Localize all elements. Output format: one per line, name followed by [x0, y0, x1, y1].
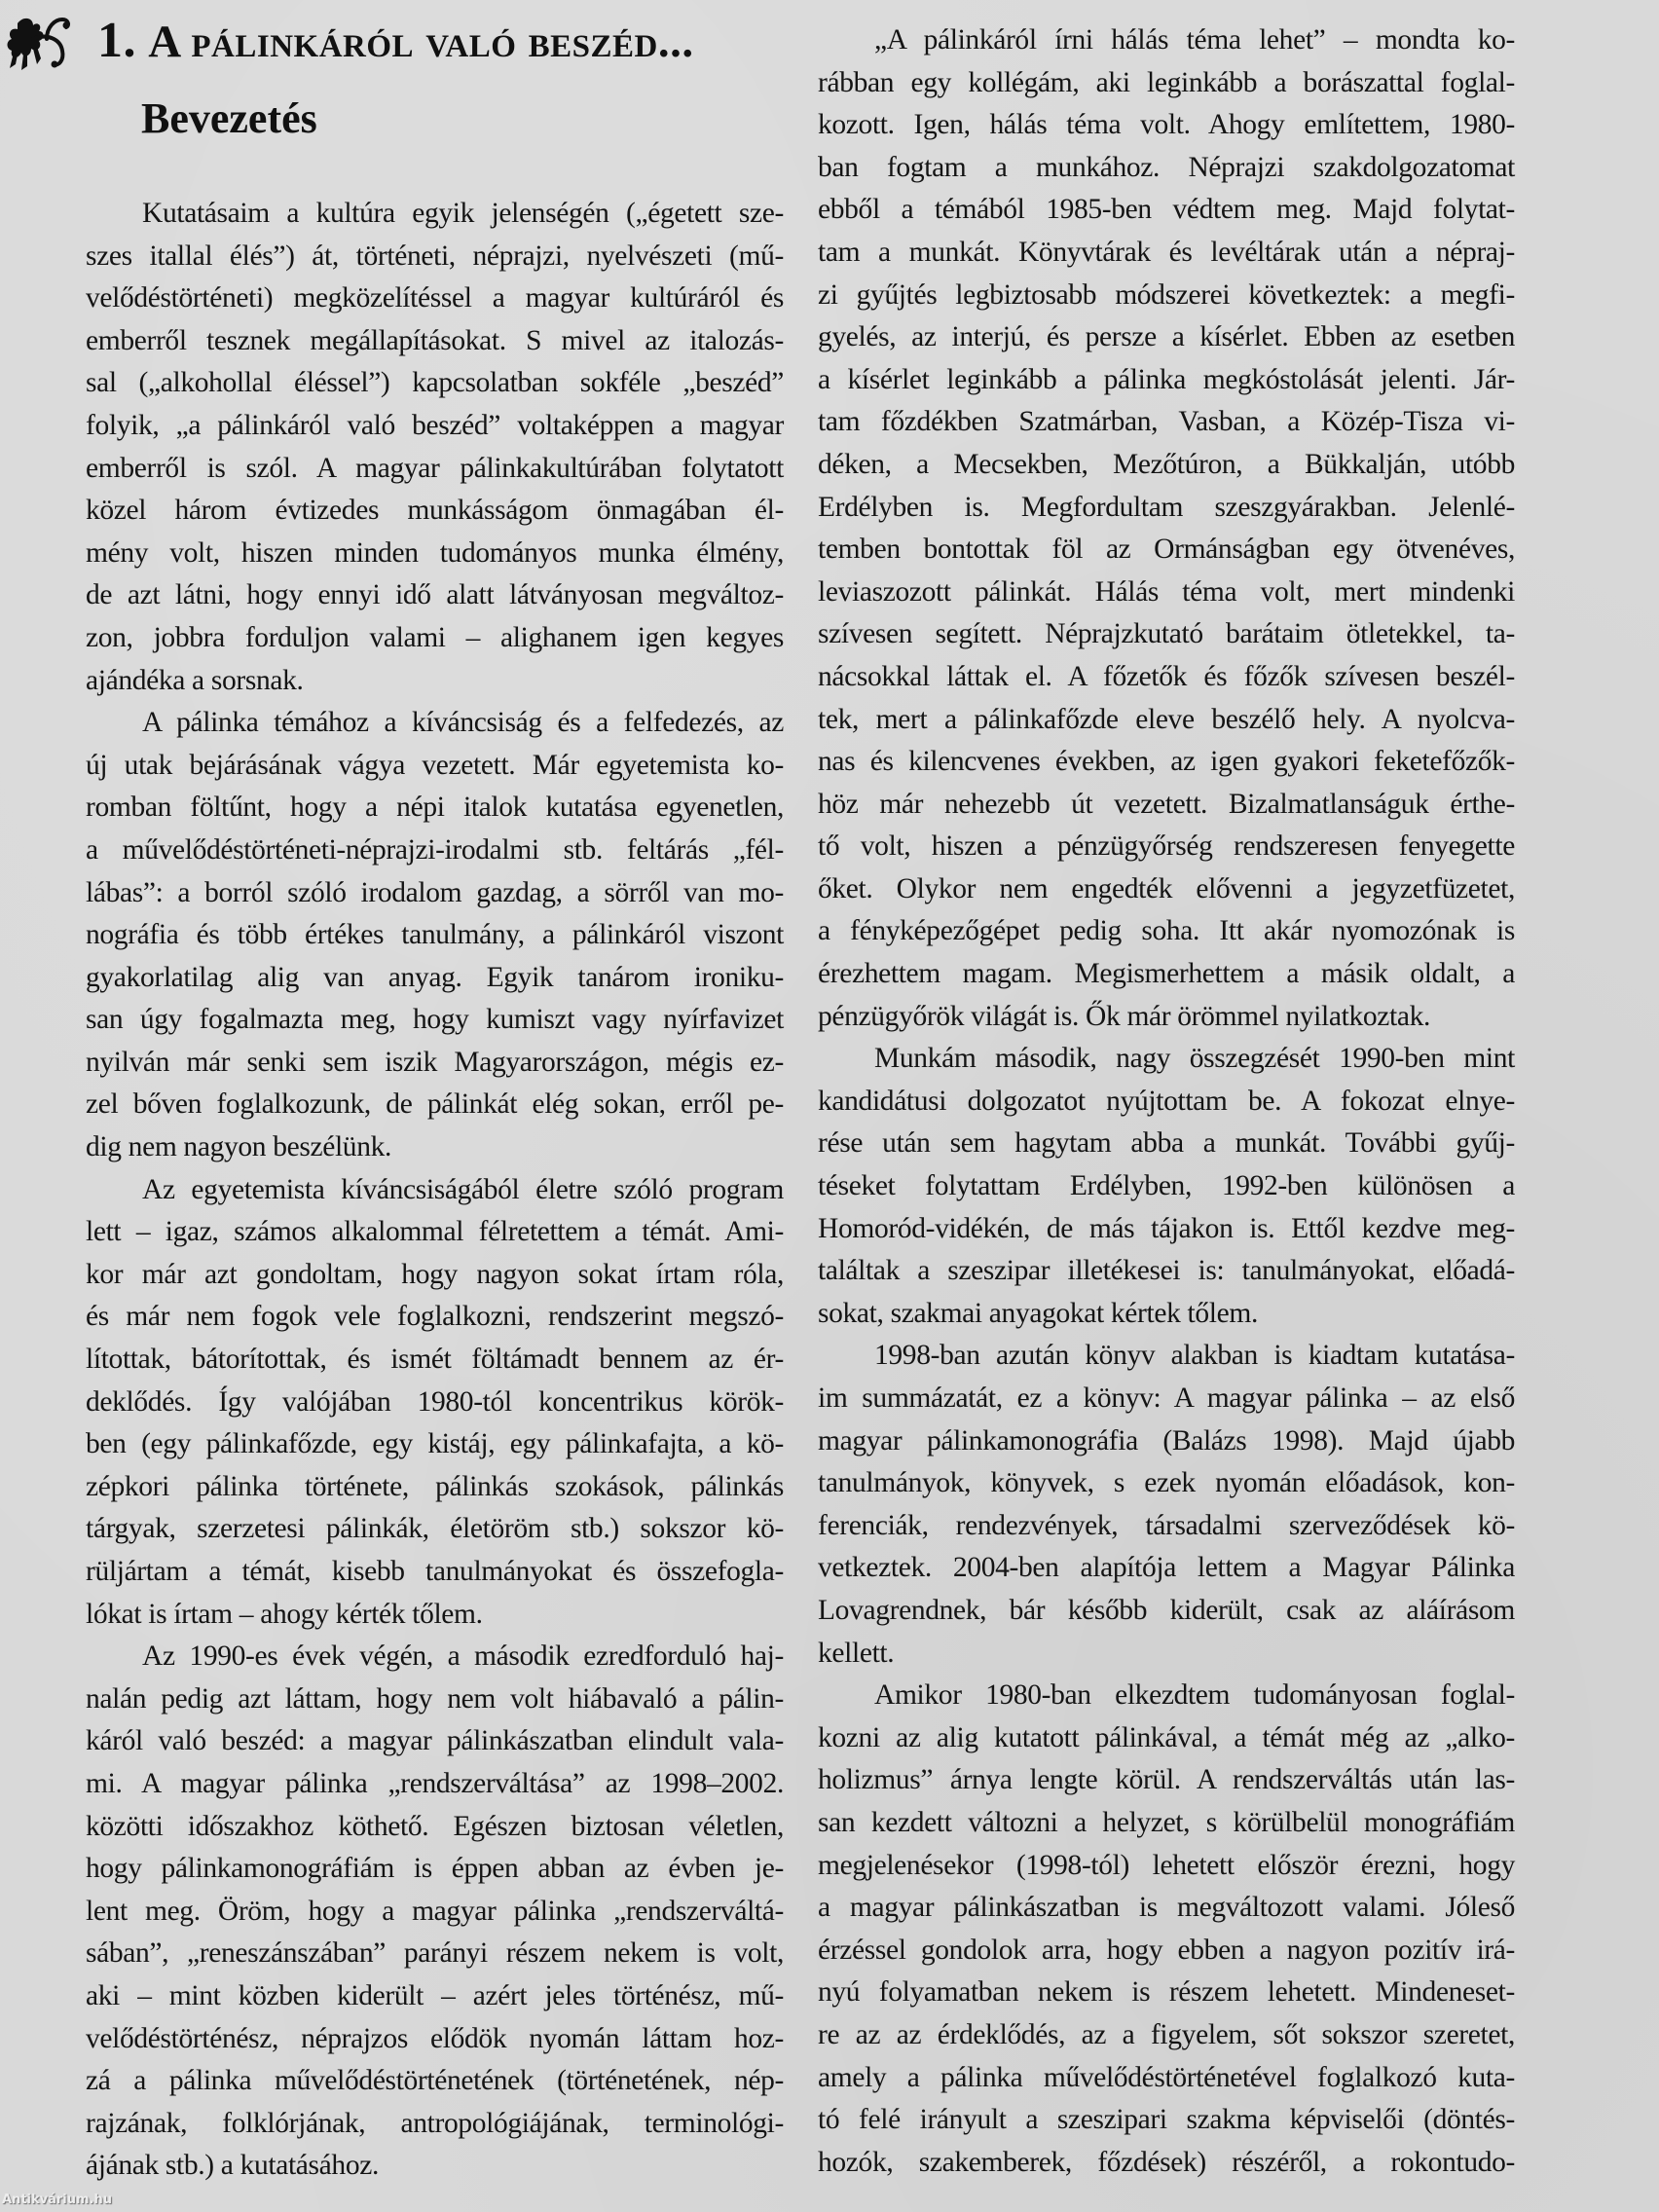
text-line: tő volt, hiszen a pénzügyőrség rendszere… — [818, 826, 1515, 868]
text-line: Erdélyben is. Megfordultam szeszgyárakba… — [818, 487, 1515, 530]
text-line: Amikor 1980-ban elkezdtem tudományosan f… — [818, 1675, 1515, 1717]
text-line: romban föltűnt, hogy a népi italok kutat… — [86, 787, 784, 829]
text-line: holizmus” árnya lengte körül. A rendszer… — [818, 1759, 1515, 1802]
text-line: gyelés, az interjú, és persze a kísérlet… — [818, 316, 1515, 359]
text-line: kor már azt gondoltam, hogy nagyon sokat… — [86, 1254, 784, 1297]
text-line: rüljártam a témát, kisebb tanulmányokat … — [86, 1551, 784, 1594]
text-line: nácsokkal láttak el. A főzetők és főzők … — [818, 656, 1515, 699]
text-line: leviaszozott pálinkát. Hálás téma volt, … — [818, 571, 1515, 614]
text-line: zon, jobbra forduljon valami – alighanem… — [86, 617, 784, 660]
text-line: ajándéka a sorsnak. — [86, 660, 784, 703]
text-line: őket. Olykor nem engedték elővenni a jeg… — [818, 868, 1515, 911]
section-title: Bevezetés — [141, 93, 317, 143]
text-line: a kísérlet leginkább a pálinka megkóstol… — [818, 359, 1515, 402]
text-line: dig nem nagyon beszélünk. — [86, 1126, 784, 1169]
text-line: megjelenésekor (1998-tól) lehetett elősz… — [818, 1845, 1515, 1888]
text-line: höz már nehezebb út vezetett. Bizalmatla… — [818, 784, 1515, 827]
text-line: ban fogtam a munkához. Néprajzi szakdolg… — [818, 147, 1515, 190]
text-line: szívesen segített. Néprajzkutató barátai… — [818, 613, 1515, 656]
text-line: de azt látni, hogy ennyi idő alatt látvá… — [86, 574, 784, 617]
text-line: hogy pálinkamonográfiám is éppen abban a… — [86, 1848, 784, 1891]
text-line: ben (egy pálinkafőzde, egy kistáj, egy p… — [86, 1423, 784, 1466]
text-line: a művelődéstörténeti-néprajzi-irodalmi s… — [86, 829, 784, 872]
text-line: rése után sem hagytam abba a munkát. Tov… — [818, 1123, 1515, 1165]
text-line: közel három évtizedes munkásságom önmagá… — [86, 490, 784, 533]
text-line: kozott. Igen, hálás téma volt. Ahogy eml… — [818, 104, 1515, 147]
text-line: szes itallal élés”) át, történeti, népra… — [86, 236, 784, 278]
text-line: velődéstörténész, néprajzos elődök nyomá… — [86, 2018, 784, 2061]
text-line: rábban egy kollégám, aki leginkább a bor… — [818, 62, 1515, 105]
text-line: tárgyak, szerzetesi pálinkák, életöröm s… — [86, 1508, 784, 1551]
text-line: im summázatát, ez a könyv: A magyar páli… — [818, 1378, 1515, 1420]
text-line: vetkeztek. 2004-ben alapítója lettem a M… — [818, 1547, 1515, 1590]
text-line: sal („alkohollal éléssel”) kapcsolatban … — [86, 362, 784, 405]
text-line: folyik, „a pálinkáról való beszéd” volta… — [86, 405, 784, 448]
text-line: tanulmányok, könyvek, s ezek nyomán előa… — [818, 1462, 1515, 1505]
text-line: sában”, „reneszánszában” parányi részem … — [86, 1933, 784, 1975]
text-line: tam a munkát. Könyvtárak és levéltárak u… — [818, 232, 1515, 275]
text-line: tam főzdékben Szatmárban, Vasban, a Közé… — [818, 401, 1515, 444]
text-line: mény volt, hiszen minden tudományos munk… — [86, 533, 784, 575]
text-line: „A pálinkáról írni hálás téma lehet” – m… — [818, 19, 1515, 62]
text-line: Munkám második, nagy összegzését 1990-be… — [818, 1038, 1515, 1081]
text-line: déken, a Mecsekben, Mezőtúron, a Bükkalj… — [818, 444, 1515, 487]
text-line: nyilván már senki sem iszik Magyarország… — [86, 1042, 784, 1085]
text-line: a fényképezőgépet pedig soha. Itt akár n… — [818, 910, 1515, 953]
text-line: kellett. — [818, 1633, 1515, 1676]
text-line: rajzának, folklórjának, antropológiájána… — [86, 2103, 784, 2146]
text-line: deklődés. Így valójában 1980-tól koncent… — [86, 1382, 784, 1424]
text-line: ájának stb.) a kutatásához. — [86, 2145, 784, 2188]
text-line: Homoród-vidékén, de más tájakon is. Ettő… — [818, 1208, 1515, 1251]
text-line: aki – mint közben kiderült – azért jeles… — [86, 1975, 784, 2018]
text-line: san kezdett változni a helyzet, s körülb… — [818, 1802, 1515, 1845]
text-line: mi. A magyar pálinka „rendszerváltása” a… — [86, 1763, 784, 1806]
text-line: Az egyetemista kíváncsiságából életre sz… — [86, 1169, 784, 1212]
chapter-number: 1. — [97, 13, 136, 68]
text-line: san úgy fogalmazta meg, hogy kumiszt vag… — [86, 999, 784, 1042]
text-line: lábas”: a borról szóló irodalom gazdag, … — [86, 872, 784, 915]
text-line: lítottak, bátorítottak, és ismét föltáma… — [86, 1339, 784, 1382]
text-line: re az az érdeklődés, az a figyelem, sőt … — [818, 2014, 1515, 2057]
text-line: ebből a témából 1985-ben védtem meg. Maj… — [818, 189, 1515, 232]
text-line: magyar pálinkamonográfia (Balázs 1998). … — [818, 1420, 1515, 1463]
text-line: lókat is írtam – ahogy kérték tőlem. — [86, 1594, 784, 1637]
text-line: zel bőven foglalkozunk, de pálinkát elég… — [86, 1084, 784, 1126]
chapter-title: 1. A pálinkáról való beszéd... — [97, 12, 694, 69]
text-line: zá a pálinka művelődéstörténetének (tört… — [86, 2060, 784, 2103]
text-line: tek, mert a pálinkafőzde eleve beszélő h… — [818, 699, 1515, 742]
chapter-title-text: A pálinkáról való beszéd... — [148, 17, 693, 67]
text-line: nyú folyamatban nekem is részem lehetett… — [818, 1972, 1515, 2014]
text-line: emberről tesznek megállapításokat. S miv… — [86, 320, 784, 363]
text-line: 1998-ban azután könyv alakban is kiadtam… — [818, 1335, 1515, 1378]
text-line: lent meg. Öröm, hogy a magyar pálinka „r… — [86, 1891, 784, 1934]
text-line: kandidátusi dolgozatot nyújtottam be. A … — [818, 1081, 1515, 1124]
text-line: nas és kilencvenes években, az igen gyak… — [818, 741, 1515, 784]
text-line: lett – igaz, számos alkalommal félretett… — [86, 1211, 784, 1254]
text-line: emberről is szól. A magyar pálinkakultúr… — [86, 448, 784, 491]
text-line: gyakorlatilag alig van anyag. Egyik taná… — [86, 957, 784, 1000]
text-line: nográfia és több értékes tanulmány, a pá… — [86, 914, 784, 957]
text-line: kozni az alig kutatott pálinkával, a tém… — [818, 1717, 1515, 1760]
text-line: új utak bejárásának vágya vezetett. Már … — [86, 745, 784, 788]
floral-vine-ornament-icon — [4, 14, 74, 74]
text-line: közötti időszakhoz köthető. Egészen bizt… — [86, 1806, 784, 1849]
text-line: amely a pálinka művelődéstörténetével fo… — [818, 2057, 1515, 2100]
text-line: Lovagrendnek, bár később kiderült, csak … — [818, 1590, 1515, 1633]
text-line: téseket folytattam Erdélyben, 1992-ben k… — [818, 1165, 1515, 1208]
text-line: temben bontottak föl az Ormánságban egy … — [818, 529, 1515, 571]
text-line: Kutatásaim a kultúra egyik jelenségén („… — [86, 193, 784, 236]
right-text-column: „A pálinkáról írni hálás téma lehet” – m… — [818, 19, 1515, 2184]
text-line: találtak a szeszipar illetékesei is: tan… — [818, 1250, 1515, 1293]
text-line: nalán pedig azt láttam, hogy nem volt hi… — [86, 1678, 784, 1721]
text-line: zépkori pálinka története, pálinkás szok… — [86, 1466, 784, 1509]
text-line: és már nem fogok vele foglalkozni, rends… — [86, 1296, 784, 1339]
text-line: a magyar pálinkászatban is megváltozott … — [818, 1887, 1515, 1930]
text-line: érezhettem magam. Megismerhettem a másik… — [818, 953, 1515, 996]
text-line: zi gyűjtés legbiztosabb módszerei követk… — [818, 275, 1515, 317]
text-line: hozók, szakemberek, főzdések) részéről, … — [818, 2142, 1515, 2185]
text-line: tó felé irányult a szeszipari szakma kép… — [818, 2099, 1515, 2142]
text-line: A pálinka témához a kíváncsiság és a fel… — [86, 702, 784, 745]
text-line: káról való beszéd: a magyar pálinkászatb… — [86, 1720, 784, 1763]
text-line: érzéssel gondolok arra, hogy ebben a nag… — [818, 1930, 1515, 1972]
left-text-column: Kutatásaim a kultúra egyik jelenségén („… — [86, 193, 784, 2188]
text-line: velődéstörténeti) megközelítéssel a magy… — [86, 277, 784, 320]
watermark: Antikvárium.hu — [2, 2193, 112, 2207]
text-line: sokat, szakmai anyagokat kértek tőlem. — [818, 1293, 1515, 1336]
text-line: Az 1990-es évek végén, a második ezredfo… — [86, 1636, 784, 1678]
text-line: pénzügyőrök világát is. Ők már örömmel n… — [818, 996, 1515, 1039]
text-line: ferenciák, rendezvények, társadalmi szer… — [818, 1505, 1515, 1548]
